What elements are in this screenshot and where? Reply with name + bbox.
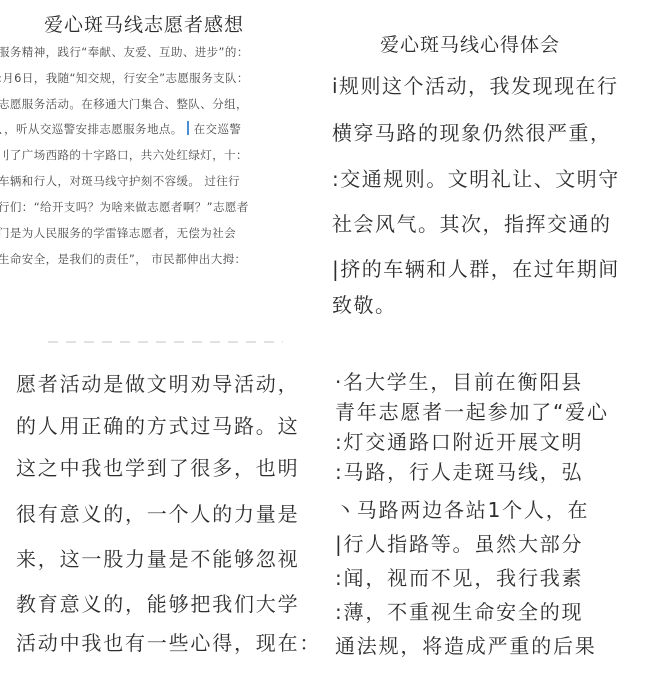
text-line: 生命安全，是我们的责任”， 市民都伸出大拇： [0, 251, 246, 267]
text-segment: 在交巡警 [194, 122, 242, 136]
text-line: 服务精神，践行“奉献、友爱、互助、进步”的： [0, 44, 249, 60]
text-line: 教育意义的，能够把我们大学 [16, 588, 299, 617]
text-line: 车辆和行人，对斑马线守护刻不容缓。 过往行 [0, 173, 240, 189]
text-line: 通法规，将造成严重的后果 [335, 630, 597, 659]
panel-activity-reflection: 愿者活动是做文明劝导活动， 的人用正确的方式过马路。这 这之中我也学到了很多，也… [0, 300, 330, 681]
text-line: 社会风气。其次，指挥交通的 [332, 208, 612, 237]
text-line: 刂了广场西路的十字路口，共六处红绿灯，十： [0, 147, 248, 163]
text-line: 、，听从交巡警安排志愿服务地点。在交巡警 [0, 121, 241, 137]
text-line: 志愿服务活动。在移通大门集合、整队、分组， [0, 96, 248, 112]
text-line: :马路，行人走斑马线，弘 [335, 456, 583, 485]
text-line: :薄，不重视生命安全的现 [335, 596, 583, 625]
text-line: 来，这一股力量是不能够忽视 [16, 543, 299, 572]
text-line: |行人指路等。虽然大部分 [335, 528, 583, 557]
text-line: 青年志愿者一起参加了“爱心 [335, 396, 609, 425]
document-title: 爱心斑马线志愿者感想 [44, 10, 244, 37]
text-line: i规则这个活动，我发现现在行 [332, 70, 619, 99]
text-line: :交通规则。文明礼让、文明守 [332, 163, 620, 192]
text-line: 这之中我也学到了很多，也明 [16, 452, 299, 481]
panel-student-volunteer-story: ·名大学生，目前在衡阳县 青年志愿者一起参加了“爱心 :灯交通路口附近开展文明 … [330, 330, 665, 681]
text-line: 丶马路两边各站1个人，在 [335, 494, 589, 523]
panel-volunteer-reflections: 爱心斑马线志愿者感想 服务精神，践行“奉献、友爱、互助、进步”的： :月6日，我… [0, 0, 330, 300]
text-line: |挤的车辆和人群，在过年期间 [332, 253, 620, 282]
text-line: :月6日，我随“知交规，行安全”志愿服务支队： [0, 70, 249, 86]
text-line: :闻，视而不见，我行我素 [335, 562, 583, 591]
crop-edge [322, 0, 330, 300]
document-title: 爱心斑马线心得体会 [380, 30, 560, 57]
text-line: 的人用正确的方式过马路。这 [16, 410, 299, 439]
text-line: 横穿马路的现象仍然很严重， [332, 117, 612, 146]
text-line: 愿者活动是做文明劝导活动， [16, 368, 299, 397]
text-line: 致敬。 [332, 289, 397, 318]
text-segment: 、，听从交巡警安排志愿服务地点。 [0, 122, 183, 136]
text-line: 活动中我也有一些心得，现在： [16, 627, 321, 656]
text-line: 门是为人民服务的学雷锋志愿者，无偿为社会 [0, 225, 236, 241]
text-line: :灯交通路口附近开展文明 [335, 426, 583, 455]
text-line: ·名大学生，目前在衡阳县 [335, 366, 583, 395]
panel-zebra-crossing-insights: 爱心斑马线心得体会 i规则这个活动，我发现现在行 横穿马路的现象仍然很严重， :… [330, 0, 665, 330]
cropped-text-remnant [48, 341, 283, 343]
text-line: 行们：“给开支吗？为啥来做志愿者啊？”志愿者 [0, 199, 249, 215]
text-cursor [187, 121, 189, 135]
text-line: 很有意义的，一个人的力量是 [16, 498, 299, 527]
